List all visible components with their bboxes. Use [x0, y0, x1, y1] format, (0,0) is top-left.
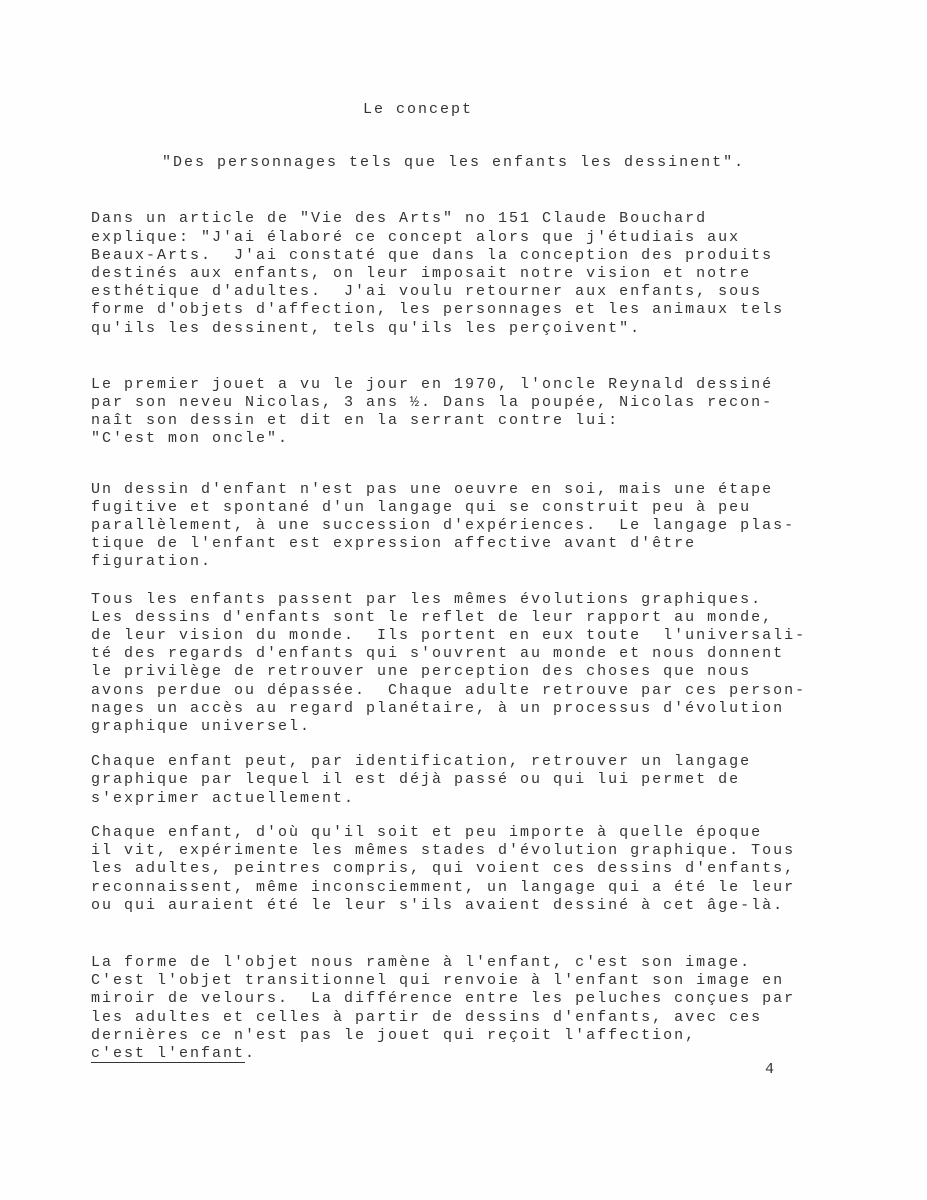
text-line: destinés aux enfants, on leur imposait n… [91, 265, 881, 283]
text-line: La forme de l'objet nous ramène à l'enfa… [91, 954, 881, 972]
page-title: Le concept [91, 101, 881, 119]
page-content: Le concept "Des personnages tels que les… [91, 101, 881, 1063]
page-subtitle: "Des personnages tels que les enfants le… [91, 154, 881, 172]
paragraph-forme-objet: La forme de l'objet nous ramène à l'enfa… [91, 954, 881, 1063]
text-line: qu'ils les dessinent, tels qu'ils les pe… [91, 320, 881, 338]
text-line: le privilège de retrouver une perception… [91, 663, 881, 681]
text-line: graphique par lequel il est déjà passé o… [91, 771, 881, 789]
paragraphs-container: Dans un article de "Vie des Arts" no 151… [91, 210, 881, 1063]
text-line: nages un accès au regard planétaire, à u… [91, 700, 881, 718]
paragraph-premier-jouet: Le premier jouet a vu le jour en 1970, l… [91, 376, 881, 449]
text-line: les adultes et celles à partir de dessin… [91, 1009, 881, 1027]
text-line: il vit, expérimente les mêmes stades d'é… [91, 842, 881, 860]
text-line: "C'est mon oncle". [91, 430, 881, 448]
text-line: esthétique d'adultes. J'ai voulu retourn… [91, 283, 881, 301]
text-line: Beaux-Arts. J'ai constaté que dans la co… [91, 247, 881, 265]
text-line: miroir de velours. La différence entre l… [91, 990, 881, 1008]
paragraph-identification: Chaque enfant peut, par identification, … [91, 753, 881, 808]
text-line: c'est l'enfant. [91, 1045, 881, 1063]
text-line: Dans un article de "Vie des Arts" no 151… [91, 210, 881, 228]
text-line: C'est l'objet transitionnel qui renvoie … [91, 972, 881, 990]
text-line: figuration. [91, 553, 881, 571]
text-line: parallèlement, à une succession d'expéri… [91, 517, 881, 535]
paragraph-dessin-enfant-etape: Un dessin d'enfant n'est pas une oeuvre … [91, 481, 881, 572]
text-line: Un dessin d'enfant n'est pas une oeuvre … [91, 481, 881, 499]
text-line: reconnaissent, même inconsciemment, un l… [91, 879, 881, 897]
paragraph-evolutions-graphiques: Tous les enfants passent par les mêmes é… [91, 591, 881, 737]
paragraph-citation-bouchard: Dans un article de "Vie des Arts" no 151… [91, 210, 881, 337]
document-page: Le concept "Des personnages tels que les… [0, 0, 927, 1200]
text-line: ou qui auraient été le leur s'ils avaien… [91, 897, 881, 915]
text-line: avons perdue ou dépassée. Chaque adulte … [91, 682, 881, 700]
text-line: dernières ce n'est pas le jouet qui reço… [91, 1027, 881, 1045]
page-number: 4 [765, 1061, 776, 1079]
text-line: Les dessins d'enfants sont le reflet de … [91, 609, 881, 627]
text-line: Tous les enfants passent par les mêmes é… [91, 591, 881, 609]
text-line: Le premier jouet a vu le jour en 1970, l… [91, 376, 881, 394]
text-line: naît son dessin et dit en la serrant con… [91, 412, 881, 430]
text-line: de leur vision du monde. Ils portent en … [91, 627, 881, 645]
text-line: graphique universel. [91, 718, 881, 736]
text-line: té des regards d'enfants qui s'ouvrent a… [91, 645, 881, 663]
text-segment: . [245, 1045, 256, 1062]
text-line: Chaque enfant, d'où qu'il soit et peu im… [91, 824, 881, 842]
text-line: tique de l'enfant est expression affecti… [91, 535, 881, 553]
text-line: fugitive et spontané d'un langage qui se… [91, 499, 881, 517]
text-line: s'exprimer actuellement. [91, 790, 881, 808]
text-line: Chaque enfant peut, par identification, … [91, 753, 881, 771]
text-line: explique: "J'ai élaboré ce concept alors… [91, 229, 881, 247]
text-line: les adultes, peintres compris, qui voien… [91, 860, 881, 878]
paragraph-stades-evolution: Chaque enfant, d'où qu'il soit et peu im… [91, 824, 881, 915]
text-line: par son neveu Nicolas, 3 ans ½. Dans la … [91, 394, 881, 412]
text-line: forme d'objets d'affection, les personna… [91, 301, 881, 319]
underlined-text: c'est l'enfant [91, 1045, 245, 1063]
